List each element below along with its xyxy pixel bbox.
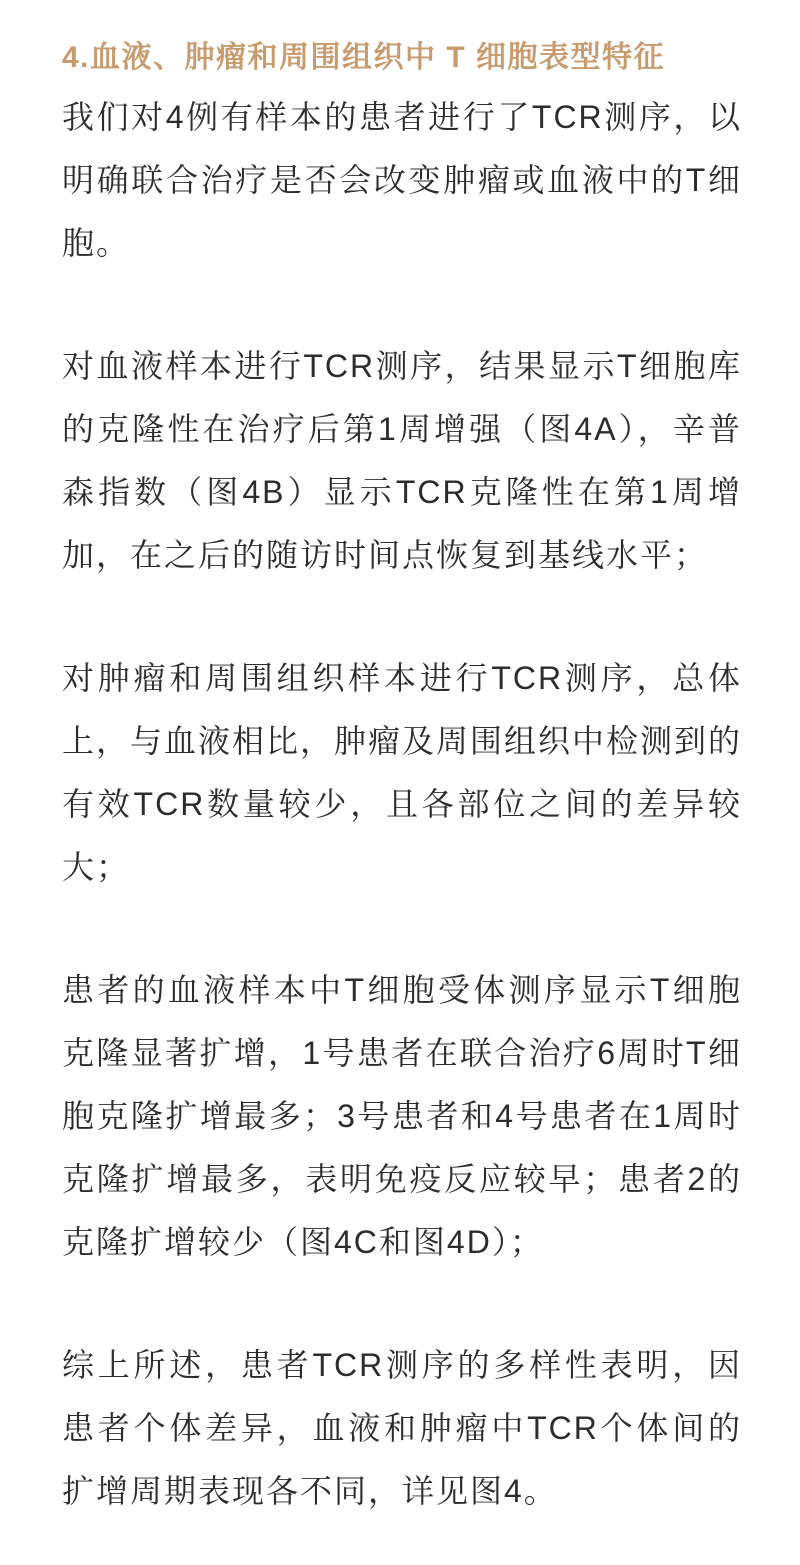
paragraph-intro: 我们对4例有样本的患者进行了TCR测序，以明确联合治疗是否会改变肿瘤或血液中的T… (62, 86, 742, 275)
paragraph-clone-expansion: 患者的血液样本中T细胞受体测序显示T细胞克隆显著扩增，1号患者在联合治疗6周时T… (62, 959, 742, 1274)
paragraph-summary: 综上所述，患者TCR测序的多样性表明，因患者个体差异，血液和肿瘤中TCR个体间的… (62, 1334, 742, 1523)
section-heading: 4.血液、肿瘤和周围组织中 T 细胞表型特征 (62, 40, 742, 76)
paragraph-tumor-tissue-tcr: 对肿瘤和周围组织样本进行TCR测序，总体上，与血液相比，肿瘤及周围组织中检测到的… (62, 647, 742, 899)
article-body: 4.血液、肿瘤和周围组织中 T 细胞表型特征 我们对4例有样本的患者进行了TCR… (0, 0, 800, 1523)
paragraph-blood-tcr: 对血液样本进行TCR测序，结果显示T细胞库的克隆性在治疗后第1周增强（图4A），… (62, 335, 742, 587)
